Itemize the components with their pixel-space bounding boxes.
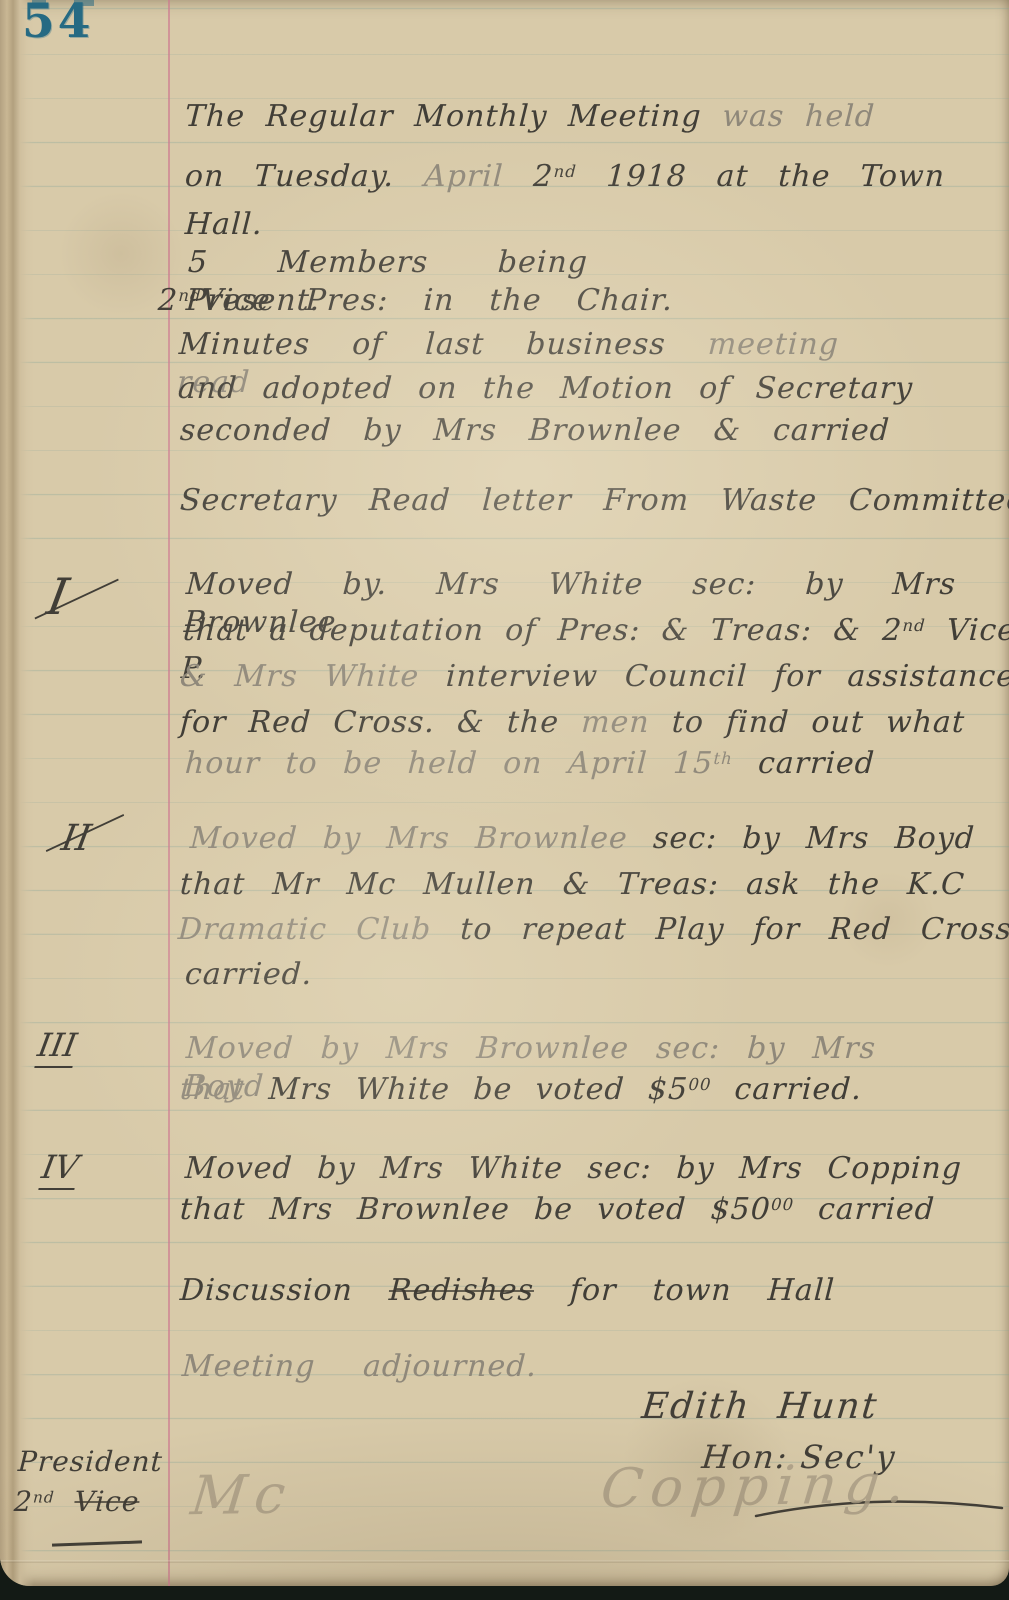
motion-numeral-label: III xyxy=(35,1026,80,1064)
motion-numeral: IV xyxy=(38,1148,81,1190)
ink-segment: carried. xyxy=(184,957,313,992)
ink-segment xyxy=(54,1485,76,1518)
minutes-line: 2ndVice Pres: in the Chair. xyxy=(157,282,674,320)
motion-numeral-label: II xyxy=(58,818,94,859)
minutes-line: Moved by Mrs White sec: by Mrs Copping xyxy=(184,1150,963,1188)
ink-segment: Minutes of last business xyxy=(178,327,709,362)
ink-segment: 00 xyxy=(771,1195,795,1214)
ink-segment: interview Council for assistance xyxy=(445,659,1009,694)
minutes-book-page: 54 The Regular Monthly Meeting was held … xyxy=(0,0,1009,1586)
ink-segment: Hall. xyxy=(184,207,264,242)
minutes-line: & Mrs White interview Council for assist… xyxy=(179,658,1009,696)
ink-segment: that Mr Mc Mullen & Treas: ask the K.C xyxy=(179,867,966,902)
ink-segment: was held xyxy=(721,99,875,134)
page-number: 54 xyxy=(22,0,93,49)
motion-numeral-label: IV xyxy=(39,1148,81,1186)
minutes-line: Secretary Read letter From Waste Committ… xyxy=(179,482,1009,520)
ink-segment: & Mrs White xyxy=(179,659,447,694)
minutes-line: Dramatic Club to repeat Play for Red Cro… xyxy=(177,911,1009,949)
minutes-line: Hall. xyxy=(184,206,264,244)
pencil-signature: Mc Copping. xyxy=(188,1452,916,1528)
ink-segment: sec: by Mrs Boyd xyxy=(652,821,976,856)
ink-segment: nd xyxy=(902,616,926,635)
ink-segment: Moved by Mrs Brownlee xyxy=(189,821,654,856)
ink-segment: and adopted on the Motion of Secretary xyxy=(177,371,914,406)
ink-segment: for Red Cross. & the xyxy=(179,705,582,740)
motion-numeral: II xyxy=(58,818,94,859)
footer-president-label: President xyxy=(17,1444,164,1479)
motion-numeral-label: I xyxy=(43,568,73,626)
minutes-line: Moved by Mrs Brownlee sec: by Mrs Boyd xyxy=(189,820,976,858)
ink-segment: 2 xyxy=(13,1485,34,1518)
discussion-line: Discussion Redishes for town Hall xyxy=(179,1272,836,1310)
minutes-line: and adopted on the Motion of Secretary xyxy=(177,370,914,408)
minutes-line: that Mr Mc Mullen & Treas: ask the K.C xyxy=(179,866,966,904)
ink-segment: for town Hall xyxy=(533,1273,836,1308)
ink-segment: 2 xyxy=(503,159,555,194)
ink-segment: 00 xyxy=(688,1075,712,1094)
ink-segment: April xyxy=(423,159,504,194)
margin-line xyxy=(168,0,170,1586)
ink-segment: that a deputation of Pres: & Treas: & 2 xyxy=(182,613,903,648)
ink-segment: Meeting adjourned. xyxy=(181,1349,538,1384)
ink-segment: carried xyxy=(793,1192,936,1227)
ink-segment: Secretary Read letter From Waste Committ… xyxy=(179,483,1009,518)
ink-segment: Dramatic Club xyxy=(177,912,461,947)
motion-numeral: I xyxy=(43,568,73,626)
ink-segment: men xyxy=(580,705,650,740)
ink-segment: Moved by Mrs White sec: by Mrs Copping xyxy=(184,1151,963,1186)
ink-segment: to repeat Play for Red Cross xyxy=(460,912,1009,947)
ink-segment: that Mrs Brownlee be voted $50 xyxy=(179,1192,772,1227)
footer-vice-label: 2nd Vice xyxy=(13,1484,140,1519)
ink-segment: nd xyxy=(178,286,202,305)
minutes-line: on Tuesday. April 2nd 1918 at the Town xyxy=(184,158,946,196)
ink-segment: Redishes xyxy=(388,1273,535,1308)
page-crease xyxy=(0,1560,1009,1563)
ink-segment: The Regular Monthly Meeting xyxy=(184,99,723,134)
ink-segment: Vice Pres: in the Chair. xyxy=(200,283,674,318)
binding-edge xyxy=(0,0,34,1586)
minutes-line: that Mrs White be voted $500 carried. xyxy=(179,1071,863,1109)
minutes-line: The Regular Monthly Meeting was held xyxy=(184,98,876,136)
ink-segment: th xyxy=(713,749,733,768)
ink-segment: that xyxy=(179,1072,270,1107)
ink-segment: Mrs White be voted $5 xyxy=(268,1072,689,1107)
ink-segment: Vice xyxy=(74,1485,141,1518)
ink-segment: seconded by Mrs Brownlee & carried xyxy=(179,413,891,448)
minutes-line: for Red Cross. & the men to find out wha… xyxy=(179,704,966,742)
motion-numeral: III xyxy=(34,1026,79,1068)
ink-segment: Discussion xyxy=(179,1273,390,1308)
ink-segment: nd xyxy=(553,162,577,181)
signature-name: Edith Hunt xyxy=(640,1386,880,1427)
ink-segment: 2 xyxy=(157,283,179,318)
ink-segment: hour to be held on April 15 xyxy=(184,746,714,781)
footer-president-text: President xyxy=(17,1445,164,1478)
minutes-line: that Mrs Brownlee be voted $5000 carried xyxy=(179,1191,936,1229)
ink-segment: on Tuesday. xyxy=(184,159,425,194)
minutes-line: hour to be held on April 15th carried xyxy=(184,745,876,783)
ink-segment: carried. xyxy=(710,1072,863,1107)
ink-segment: 1918 at the Town xyxy=(576,159,946,194)
adjourned-line: Meeting adjourned. xyxy=(181,1348,538,1386)
minutes-line: carried. xyxy=(184,956,313,994)
minutes-line: seconded by Mrs Brownlee & carried xyxy=(179,412,891,450)
ink-segment: nd xyxy=(33,1489,56,1507)
ink-segment: carried xyxy=(732,746,876,781)
footer-underline xyxy=(52,1540,142,1546)
ink-segment: to find out what xyxy=(649,705,966,740)
